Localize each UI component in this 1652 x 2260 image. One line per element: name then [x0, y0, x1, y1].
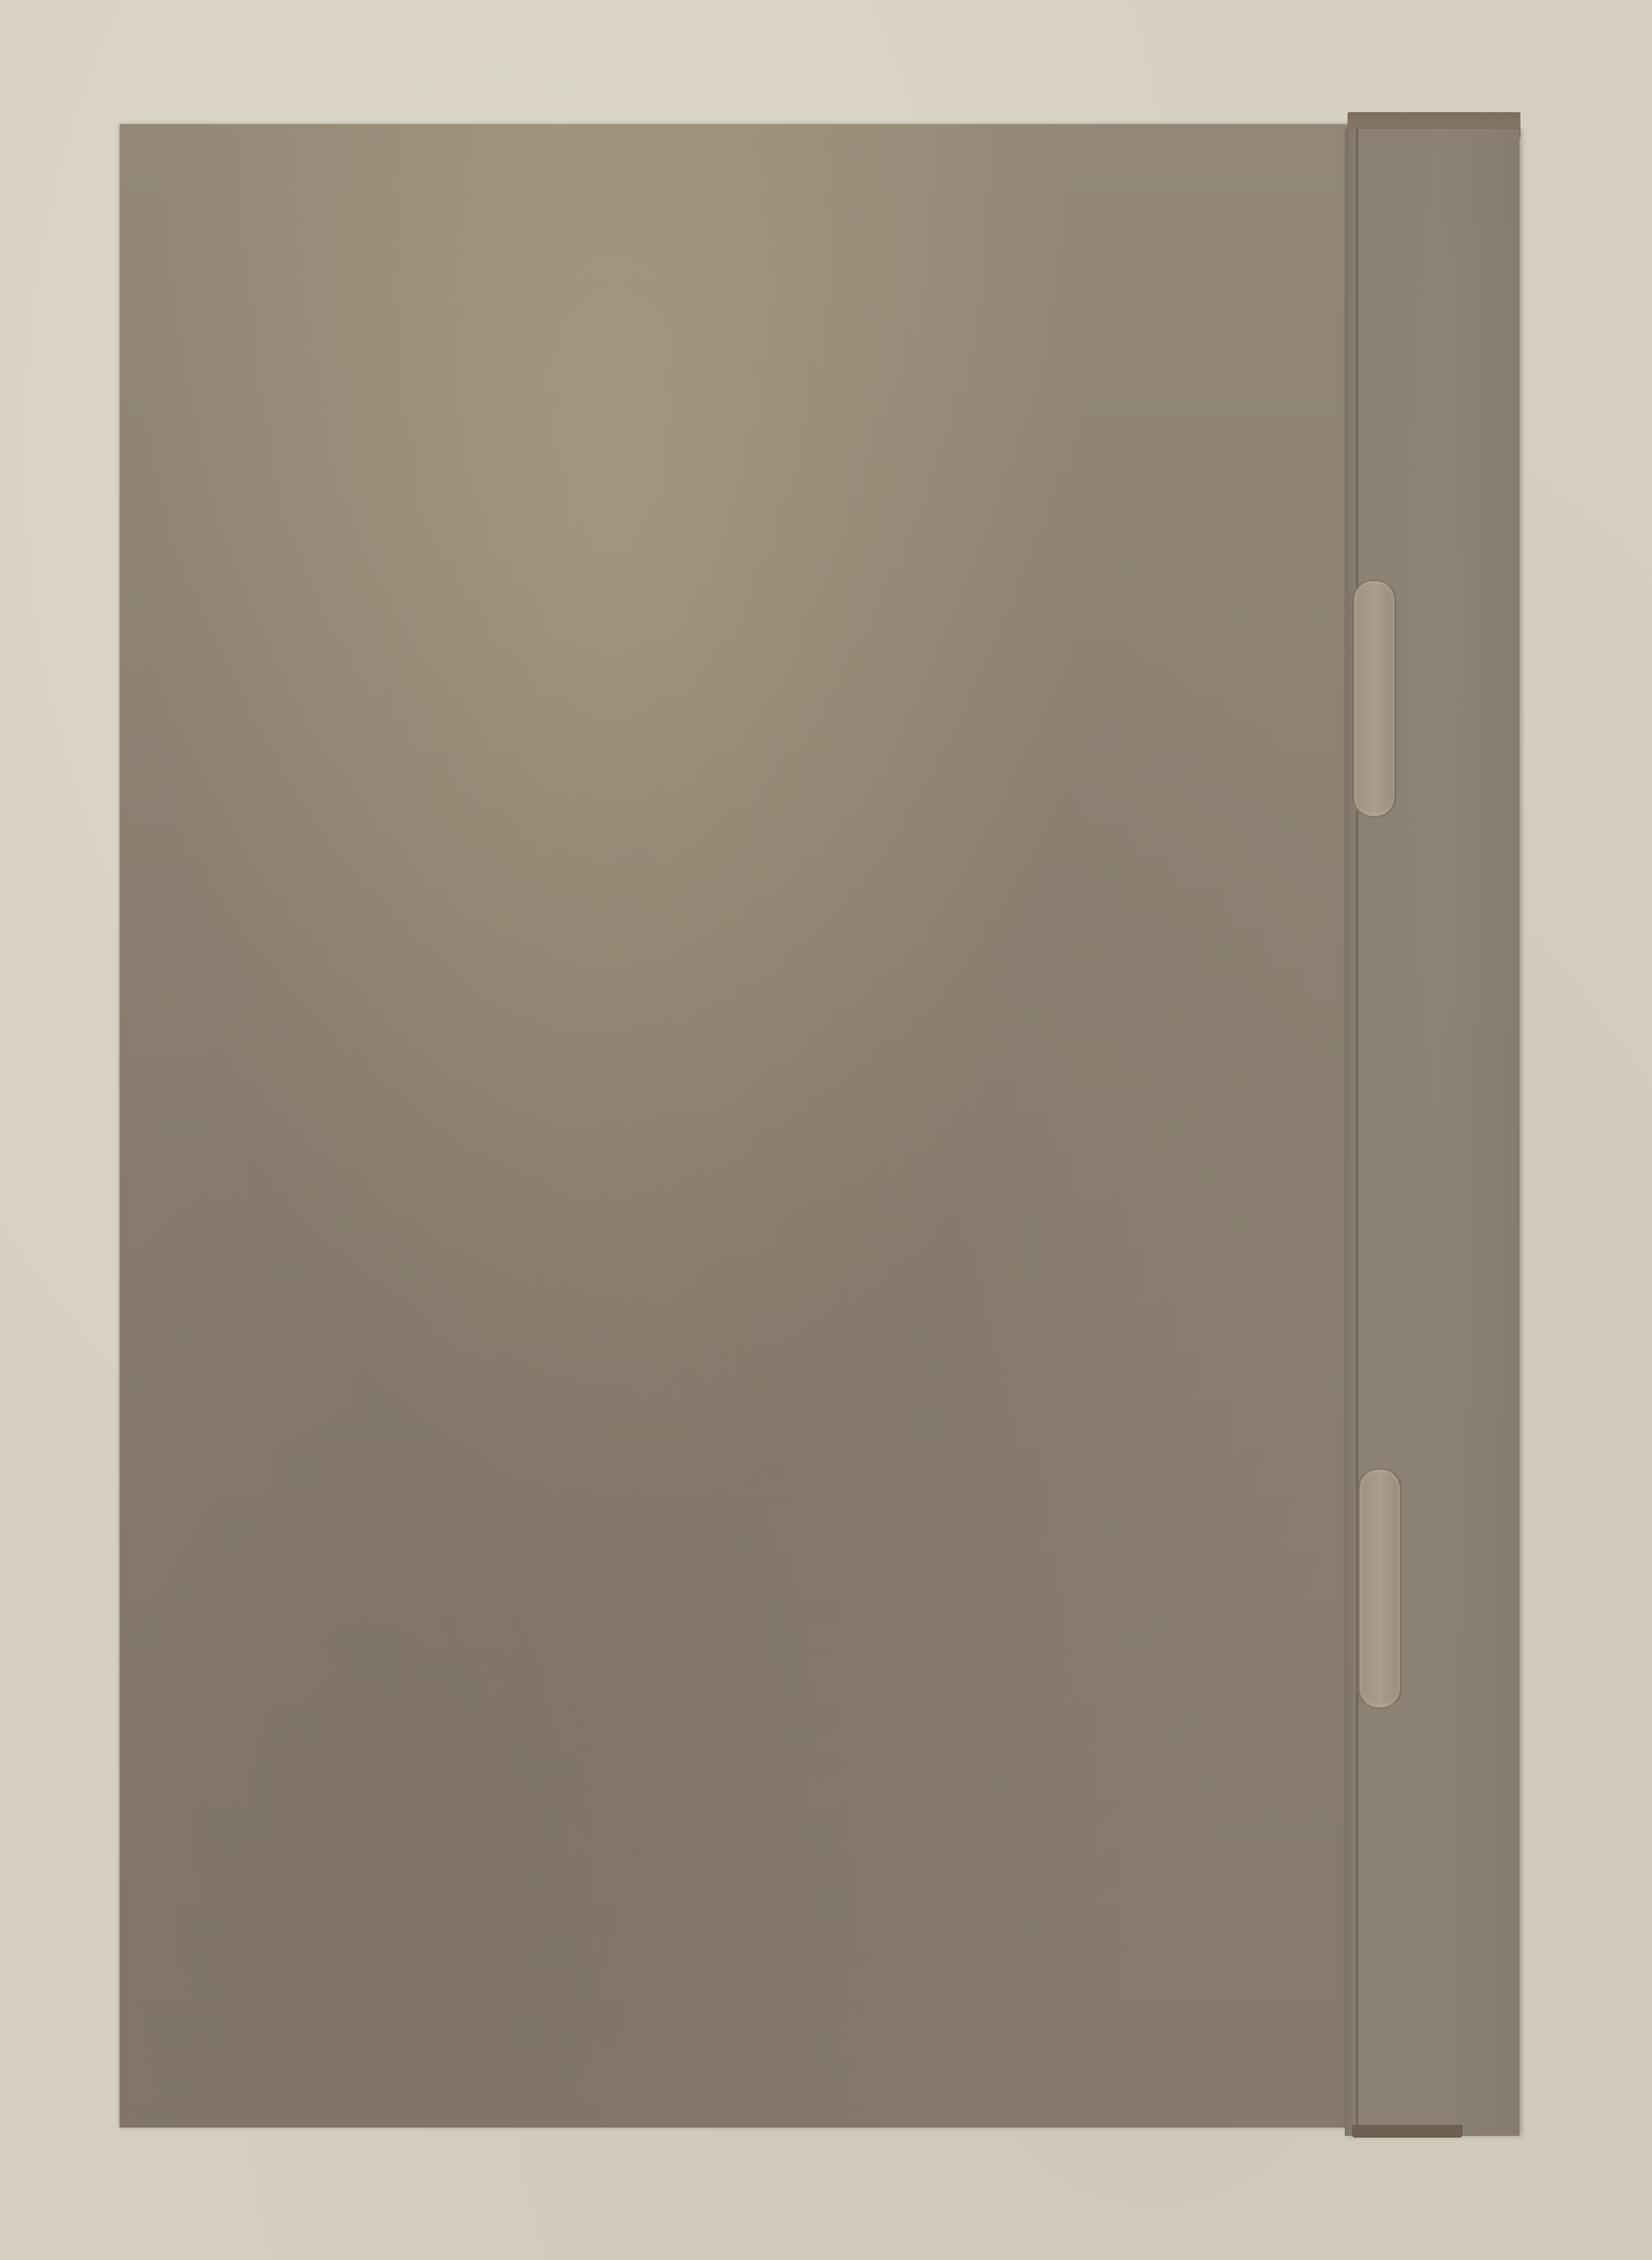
binding-tab-lower — [1358, 1468, 1402, 1709]
binding-tab-upper — [1352, 579, 1396, 818]
spine-fold-line — [1356, 129, 1359, 2134]
book-cover — [120, 124, 1357, 2128]
spine-bottom-edge — [1352, 2125, 1463, 2138]
spine-flap — [1345, 129, 1520, 2136]
